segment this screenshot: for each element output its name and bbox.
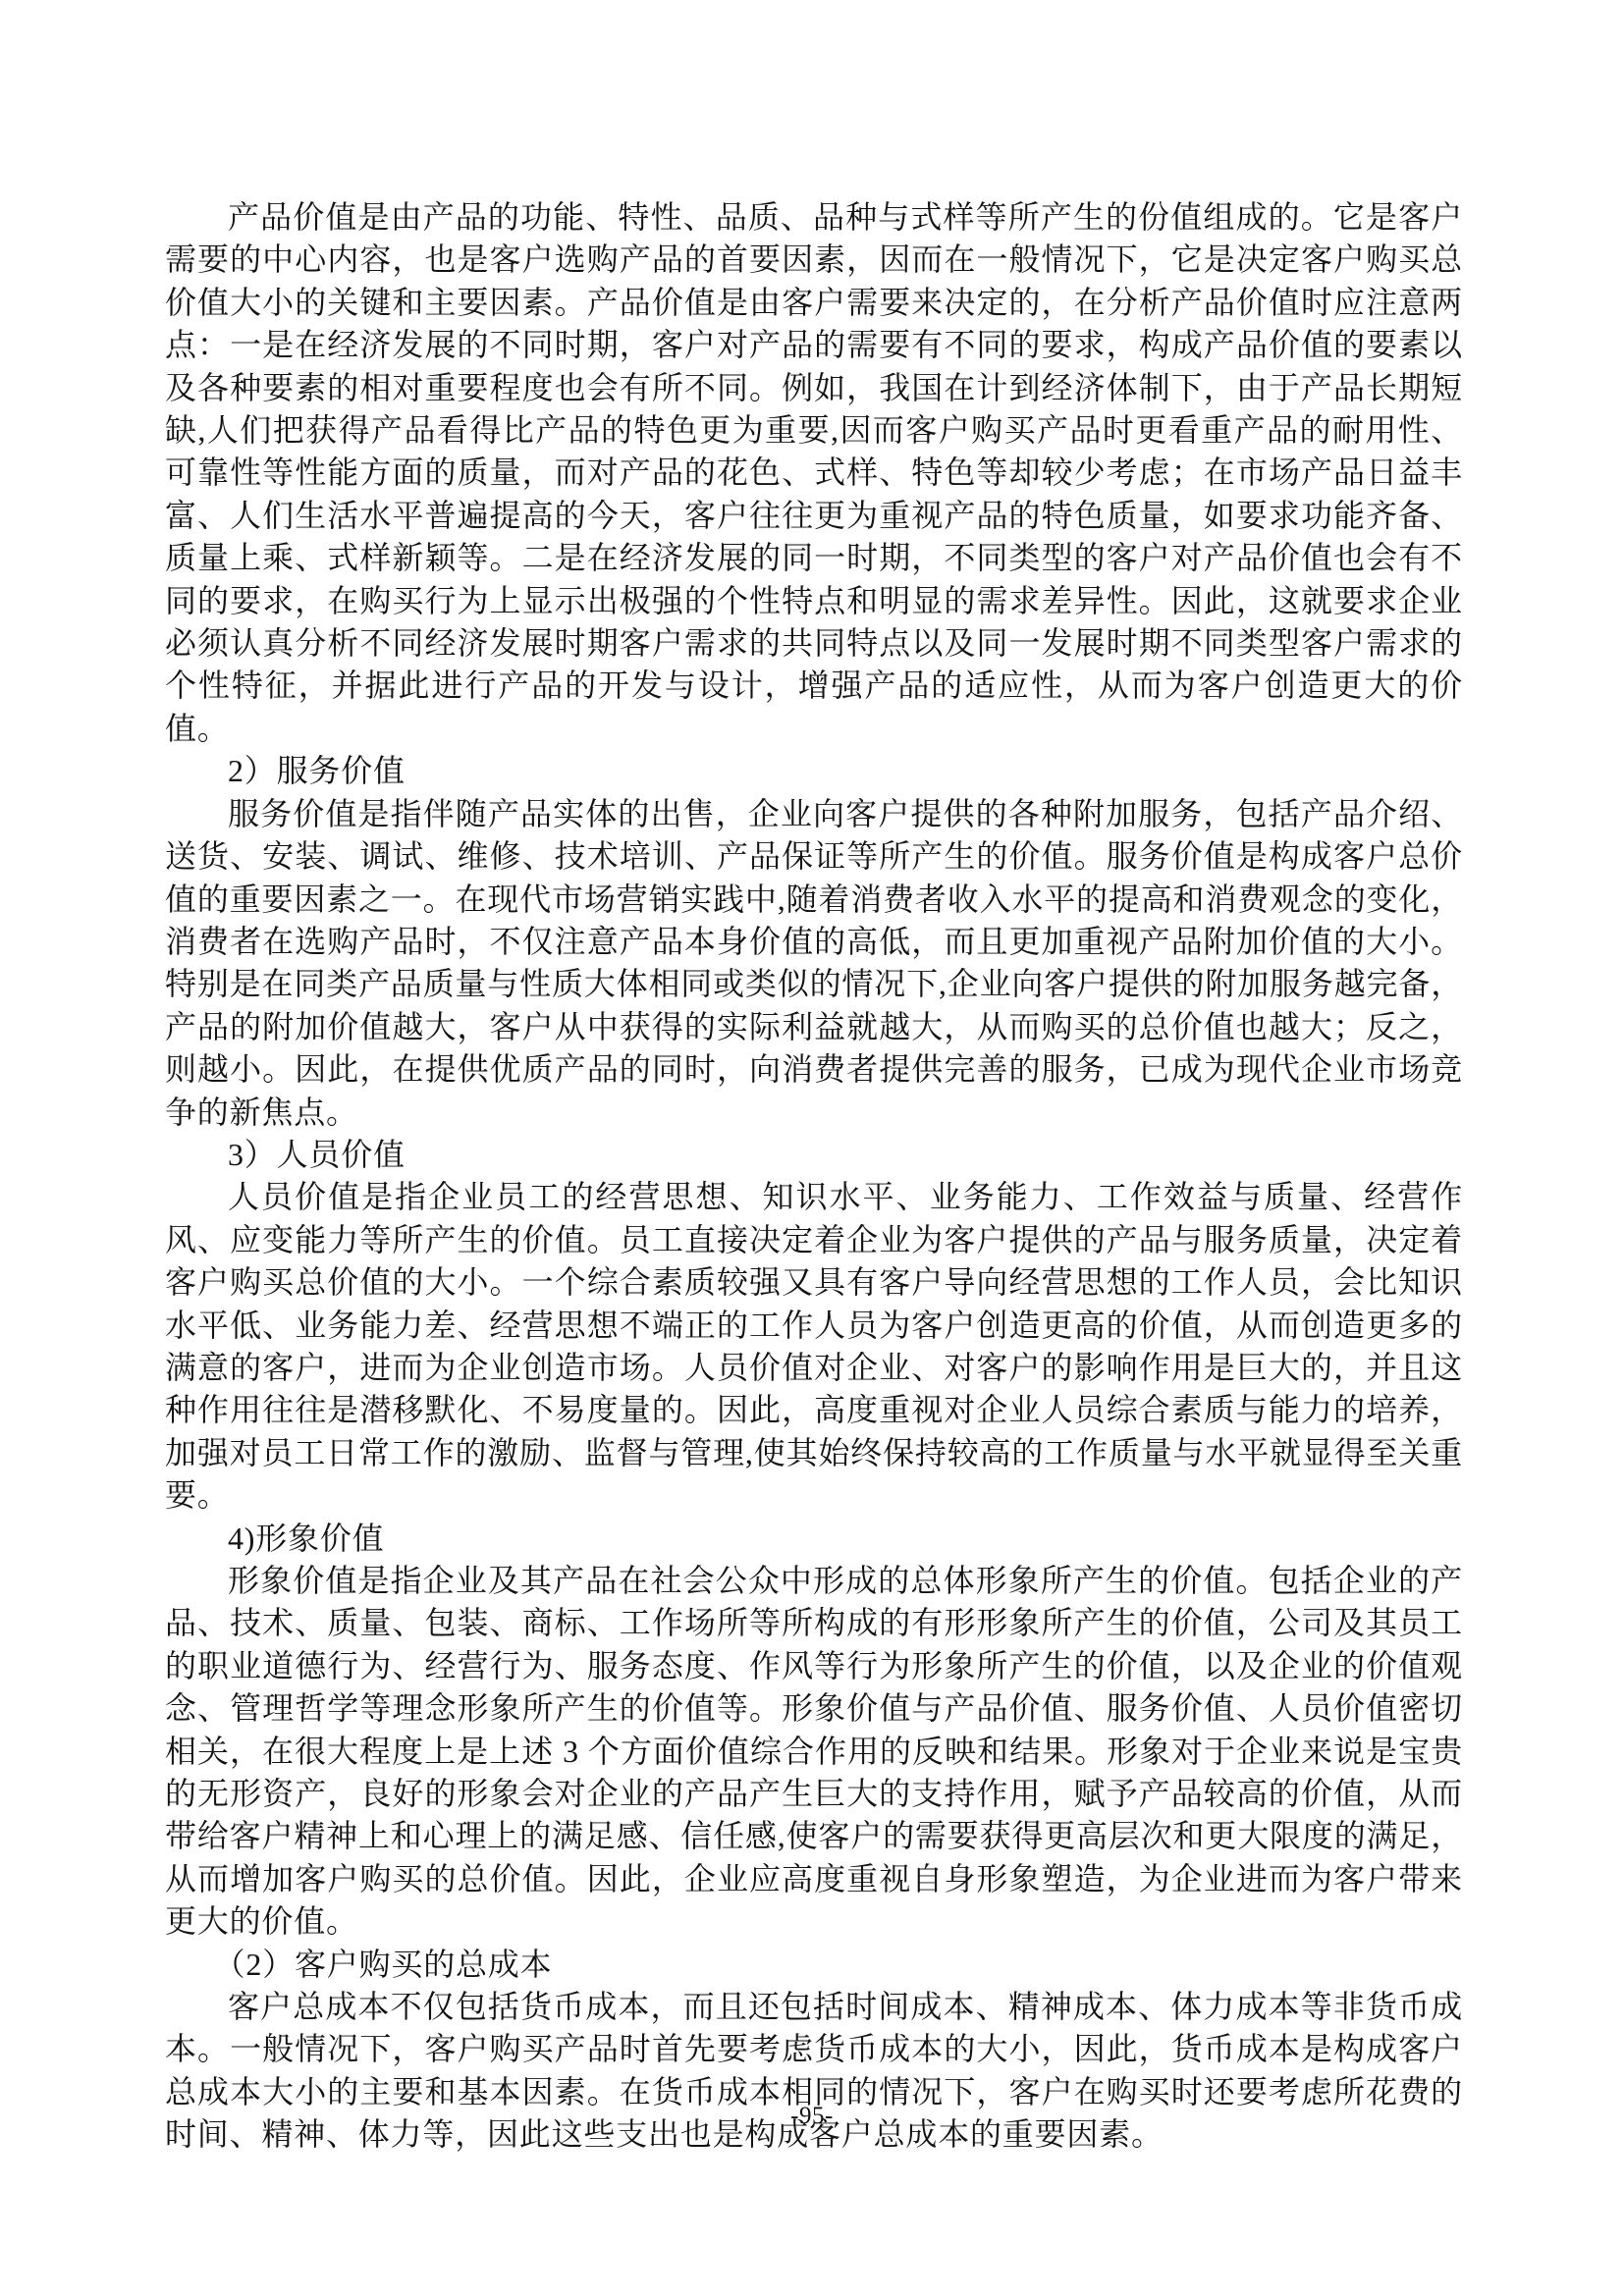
paragraph-product-value: 产品价值是由产品的功能、特性、品质、品种与式样等所产生的份值组成的。它是客户需要… [165, 196, 1463, 750]
document-page: 产品价值是由产品的功能、特性、品质、品种与式样等所产生的份值组成的。它是客户需要… [0, 0, 1624, 2296]
paragraph-customer-total-cost: 客户总成本不仅包括货币成本，而且还包括时间成本、精神成本、体力成本等非货币成本。… [165, 1986, 1463, 2157]
paragraph-personnel-value: 人员价值是指企业员工的经营思想、知识水平、业务能力、工作效益与质量、经营作风、应… [165, 1176, 1463, 1517]
section-heading-image-value: 4)形象价值 [165, 1518, 1463, 1560]
section-heading-personnel-value: 3）人员价值 [165, 1134, 1463, 1176]
section-heading-customer-total-cost: （2）客户购买的总成本 [165, 1944, 1463, 1986]
paragraph-image-value: 形象价值是指企业及其产品在社会公众中形成的总体形象所产生的价值。包括企业的产品、… [165, 1560, 1463, 1944]
document-text-block: 产品价值是由产品的功能、特性、品质、品种与式样等所产生的份值组成的。它是客户需要… [165, 196, 1463, 2157]
page-number: -95- [0, 2103, 1624, 2130]
paragraph-service-value: 服务价值是指伴随产品实体的出售，企业向客户提供的各种附加服务，包括产品介绍、送货… [165, 793, 1463, 1134]
section-heading-service-value: 2）服务价值 [165, 750, 1463, 792]
